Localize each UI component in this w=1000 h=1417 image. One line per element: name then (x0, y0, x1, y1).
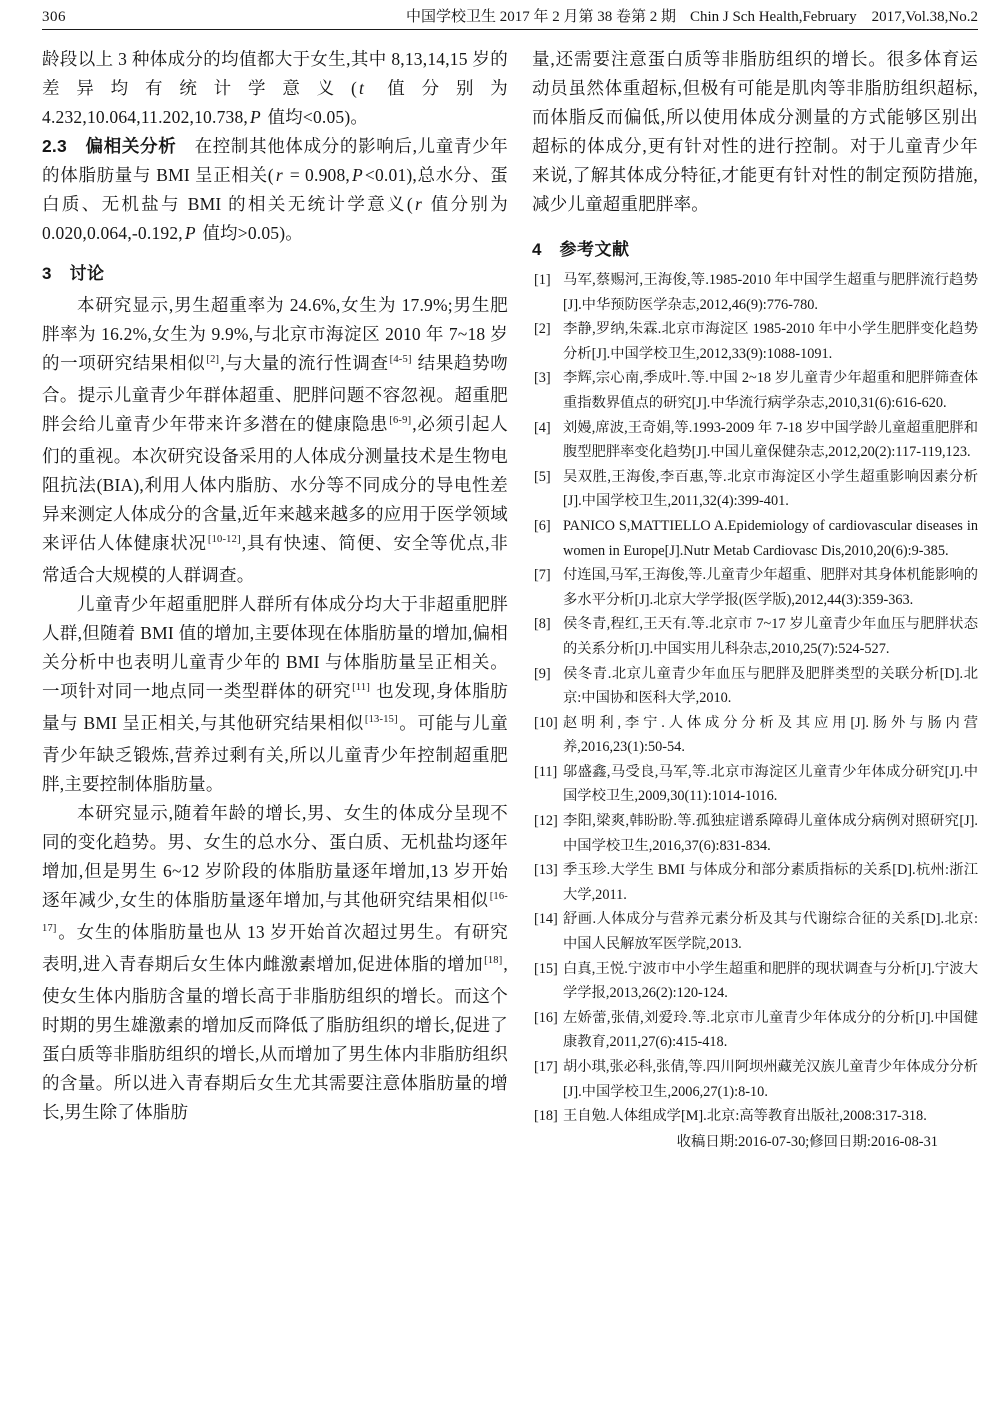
paragraph-discussion-2: 儿童青少年超重肥胖人群所有体成分均大于非超重肥胖人群,但随着 BMI 值的增加,… (42, 590, 508, 799)
reference-citation: 付连国,马军,王海俊,等.儿童青少年超重、肥胖对其身体机能影响的多水平分析[J]… (563, 567, 978, 608)
reference-item: [3] 李辉,宗心南,季成叶.等.中国 2~18 岁儿童青少年超重和肥胖筛查体重… (532, 366, 978, 415)
reference-item: [11] 邬盛鑫,马受良,马军,等.北京市海淀区儿童青少年体成分研究[J].中国… (532, 760, 978, 809)
two-column-body: 龄段以上 3 种体成分的均值都大于女生,其中 8,13,14,15 岁的差异均有… (42, 45, 978, 1154)
paragraph-results-continuation: 龄段以上 3 种体成分的均值都大于女生,其中 8,13,14,15 岁的差异均有… (42, 45, 508, 132)
reference-number: [15] (534, 957, 558, 982)
right-column: 量,还需要注意蛋白质等非脂肪组织的增长。很多体育运动员虽然体重超标,但极有可能是… (532, 45, 978, 1154)
journal-title-line: 中国学校卫生 2017 年 2 月第 38 卷第 2 期Chin J Sch H… (406, 8, 978, 26)
reference-item: [16] 左娇蕾,张倩,刘爱玲.等.北京市儿童青少年体成分的分析[J].中国健康… (532, 1006, 978, 1055)
reference-number: [14] (534, 907, 558, 932)
paragraph-discussion-continuation: 量,还需要注意蛋白质等非脂肪组织的增长。很多体育运动员虽然体重超标,但极有可能是… (532, 45, 978, 219)
page-header: 306 中国学校卫生 2017 年 2 月第 38 卷第 2 期Chin J S… (42, 8, 978, 30)
reference-item: [2] 李静,罗纳,朱霖.北京市海淀区 1985-2010 年中小学生肥胖变化趋… (532, 317, 978, 366)
received-revised-dates: 收稿日期:2016-07-30;修回日期:2016-08-31 (532, 1130, 938, 1154)
reference-number: [16] (534, 1006, 558, 1031)
reference-number: [7] (534, 563, 551, 588)
reference-number: [5] (534, 465, 551, 490)
reference-citation: 侯冬青.北京儿童青少年血压与肥胖及肥胖类型的关联分析[D].北京:中国协和医科大… (563, 666, 978, 707)
section-heading-discussion: 3 讨论 (42, 259, 508, 284)
reference-item: [10] 赵明利,李宁.人体成分分析及其应用[J].肠外与肠内营养,2016,2… (532, 711, 978, 760)
paragraph-discussion-3: 本研究显示,随着年龄的增长,男、女生的体成分呈现不同的变化趋势。男、女生的总水分… (42, 799, 508, 1127)
reference-number: [4] (534, 416, 551, 441)
journal-page: 306 中国学校卫生 2017 年 2 月第 38 卷第 2 期Chin J S… (0, 0, 1000, 1417)
reference-citation: 吴双胜,王海俊,李百惠,等.北京市海淀区小学生超重影响因素分析[J].中国学校卫… (563, 469, 978, 510)
reference-citation: 马军,蔡赐河,王海俊,等.1985-2010 年中国学生超重与肥胖流行趋势[J]… (563, 272, 978, 313)
reference-item: [14] 舒画.人体成分与营养元素分析及其与代谢综合征的关系[D].北京:中国人… (532, 907, 978, 956)
journal-title-cn: 中国学校卫生 2017 年 2 月第 38 卷第 2 期 (406, 9, 676, 25)
reference-item: [4] 刘嫚,席波,王奇娟,等.1993-2009 年 7-18 岁中国学龄儿童… (532, 416, 978, 465)
reference-item: [18] 王自勉.人体组成学[M].北京:高等教育出版社,2008:317-31… (532, 1104, 978, 1129)
reference-number: [12] (534, 809, 558, 834)
reference-number: [10] (534, 711, 558, 736)
reference-item: [5] 吴双胜,王海俊,李百惠,等.北京市海淀区小学生超重影响因素分析[J].中… (532, 465, 978, 514)
left-column: 龄段以上 3 种体成分的均值都大于女生,其中 8,13,14,15 岁的差异均有… (42, 45, 508, 1154)
page-number: 306 (42, 8, 66, 26)
reference-citation: 白真,王悦.宁波市中小学生超重和肥胖的现状调查与分析[J].宁波大学学报,201… (563, 961, 978, 1002)
reference-citation: 左娇蕾,张倩,刘爱玲.等.北京市儿童青少年体成分的分析[J].中国健康教育,20… (563, 1010, 978, 1051)
reference-citation: 季玉珍.大学生 BMI 与体成分和部分素质指标的关系[D].杭州:浙江大学,20… (563, 862, 978, 903)
reference-item: [9] 侯冬青.北京儿童青少年血压与肥胖及肥胖类型的关联分析[D].北京:中国协… (532, 662, 978, 711)
reference-citation: 刘嫚,席波,王奇娟,等.1993-2009 年 7-18 岁中国学龄儿童超重肥胖… (563, 420, 978, 461)
reference-citation: PANICO S,MATTIELLO A.Epidemiology of car… (563, 518, 978, 559)
paragraph-discussion-1: 本研究显示,男生超重率为 24.6%,女生为 17.9%;男生肥胖率为 16.2… (42, 291, 508, 590)
paragraph-partial-correlation: 2.3 偏相关分析 在控制其他体成分的影响后,儿童青少年的体脂肪量与 BMI 呈… (42, 132, 508, 248)
reference-item: [1] 马军,蔡赐河,王海俊,等.1985-2010 年中国学生超重与肥胖流行趋… (532, 268, 978, 317)
reference-number: [6] (534, 514, 551, 539)
reference-number: [2] (534, 317, 551, 342)
reference-number: [13] (534, 858, 558, 883)
reference-item: [13] 季玉珍.大学生 BMI 与体成分和部分素质指标的关系[D].杭州:浙江… (532, 858, 978, 907)
reference-item: [7] 付连国,马军,王海俊,等.儿童青少年超重、肥胖对其身体机能影响的多水平分… (532, 563, 978, 612)
reference-number: [9] (534, 662, 551, 687)
reference-number: [8] (534, 612, 551, 637)
reference-citation: 胡小琪,张必科,张倩,等.四川阿坝州藏羌汉族儿童青少年体成分分析[J].中国学校… (563, 1059, 978, 1100)
reference-item: [8] 侯冬青,程红,王天有.等.北京市 7~17 岁儿童青少年血压与肥胖状态的… (532, 612, 978, 661)
reference-citation: 李辉,宗心南,季成叶.等.中国 2~18 岁儿童青少年超重和肥胖筛查体重指数界值… (563, 370, 978, 411)
journal-title-en: Chin J Sch Health,February 2017,Vol.38,N… (690, 9, 978, 25)
reference-list: [1] 马军,蔡赐河,王海俊,等.1985-2010 年中国学生超重与肥胖流行趋… (532, 268, 978, 1129)
reference-item: [12] 李阳,梁爽,韩盼盼.等.孤独症谱系障碍儿童体成分病例对照研究[J].中… (532, 809, 978, 858)
reference-citation: 李静,罗纳,朱霖.北京市海淀区 1985-2010 年中小学生肥胖变化趋势分析[… (563, 321, 978, 362)
reference-item: [17] 胡小琪,张必科,张倩,等.四川阿坝州藏羌汉族儿童青少年体成分分析[J]… (532, 1055, 978, 1104)
reference-citation: 李阳,梁爽,韩盼盼.等.孤独症谱系障碍儿童体成分病例对照研究[J].中国学校卫生… (563, 813, 978, 854)
reference-item: [15] 白真,王悦.宁波市中小学生超重和肥胖的现状调查与分析[J].宁波大学学… (532, 957, 978, 1006)
reference-number: [17] (534, 1055, 558, 1080)
reference-citation: 赵明利,李宁.人体成分分析及其应用[J].肠外与肠内营养,2016,23(1):… (563, 715, 978, 756)
reference-citation: 王自勉.人体组成学[M].北京:高等教育出版社,2008:317-318. (563, 1108, 927, 1124)
reference-citation: 侯冬青,程红,王天有.等.北京市 7~17 岁儿童青少年血压与肥胖状态的关系分析… (563, 616, 978, 657)
section-heading-references: 4 参考文献 (532, 235, 978, 260)
reference-number: [3] (534, 366, 551, 391)
reference-number: [1] (534, 268, 551, 293)
reference-item: [6] PANICO S,MATTIELLO A.Epidemiology of… (532, 514, 978, 563)
reference-citation: 舒画.人体成分与营养元素分析及其与代谢综合征的关系[D].北京:中国人民解放军医… (563, 911, 978, 952)
reference-citation: 邬盛鑫,马受良,马军,等.北京市海淀区儿童青少年体成分研究[J].中国学校卫生,… (563, 764, 978, 805)
reference-number: [11] (534, 760, 557, 785)
reference-number: [18] (534, 1104, 558, 1129)
